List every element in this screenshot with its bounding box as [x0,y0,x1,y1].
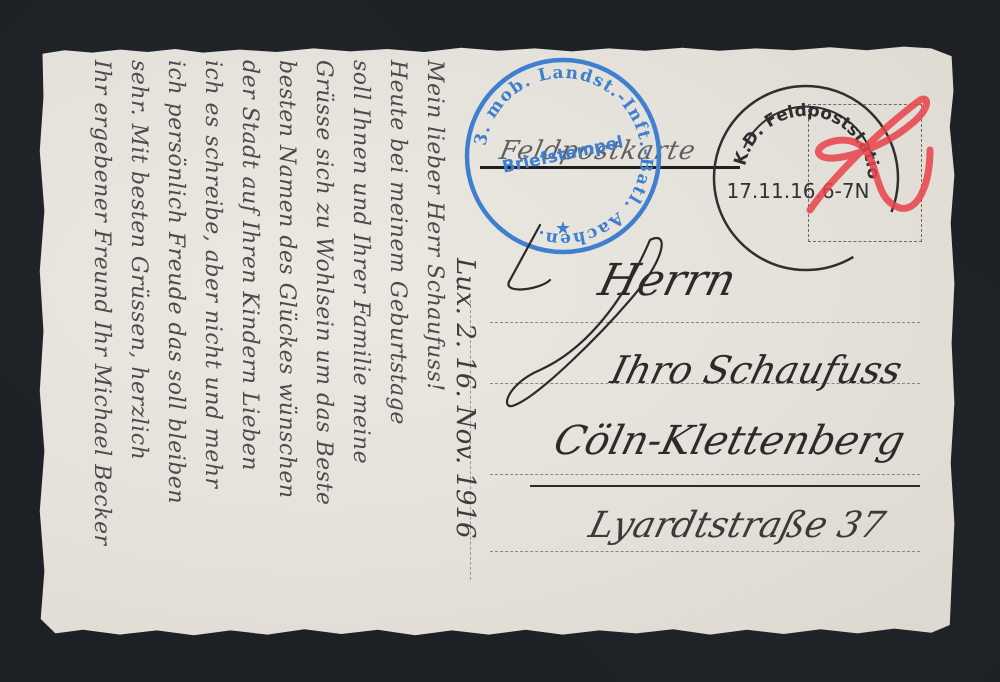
message-line: Mein lieber Herr Schaufuss! [422,60,447,392]
message-line: Ihr ergebener Freund Ihr Michael Becker [89,60,114,546]
message-line: besten Namen des Glückes wünschen [274,60,299,499]
message-line: soll Ihnen und Ihrer Familie meine [348,60,373,464]
address-city: Cöln-Klettenberg [549,418,909,464]
svg-text:Briefstempel: Briefstempel [501,132,626,177]
message-line: ich es schreibe, aber nicht und mehr [200,60,225,489]
message-line: ich persönlich Freude das soll bleiben [163,60,188,504]
message-line: Heute bei meinem Geburtstage [385,60,410,425]
address-city-underline [530,485,920,487]
message-line: der Stadt auf Ihren Kindern Lieben [237,60,262,471]
address-recipient-name: Ihro Schaufuss [607,348,907,392]
message-line: Grüsse sich zu Wohlsein um das Beste [311,60,336,505]
address-line-4 [490,551,920,552]
address-line-3 [490,474,920,475]
address-street: Lyardtstraße 37 [585,505,889,546]
handwritten-message: Mein lieber Herr Schaufuss!Heute bei mei… [55,60,485,630]
address-salutation: Herrn [594,255,742,306]
message-line: sehr. Mit besten Grüssen, herzlich [126,60,151,460]
red-crayon-x-mark [790,90,940,220]
